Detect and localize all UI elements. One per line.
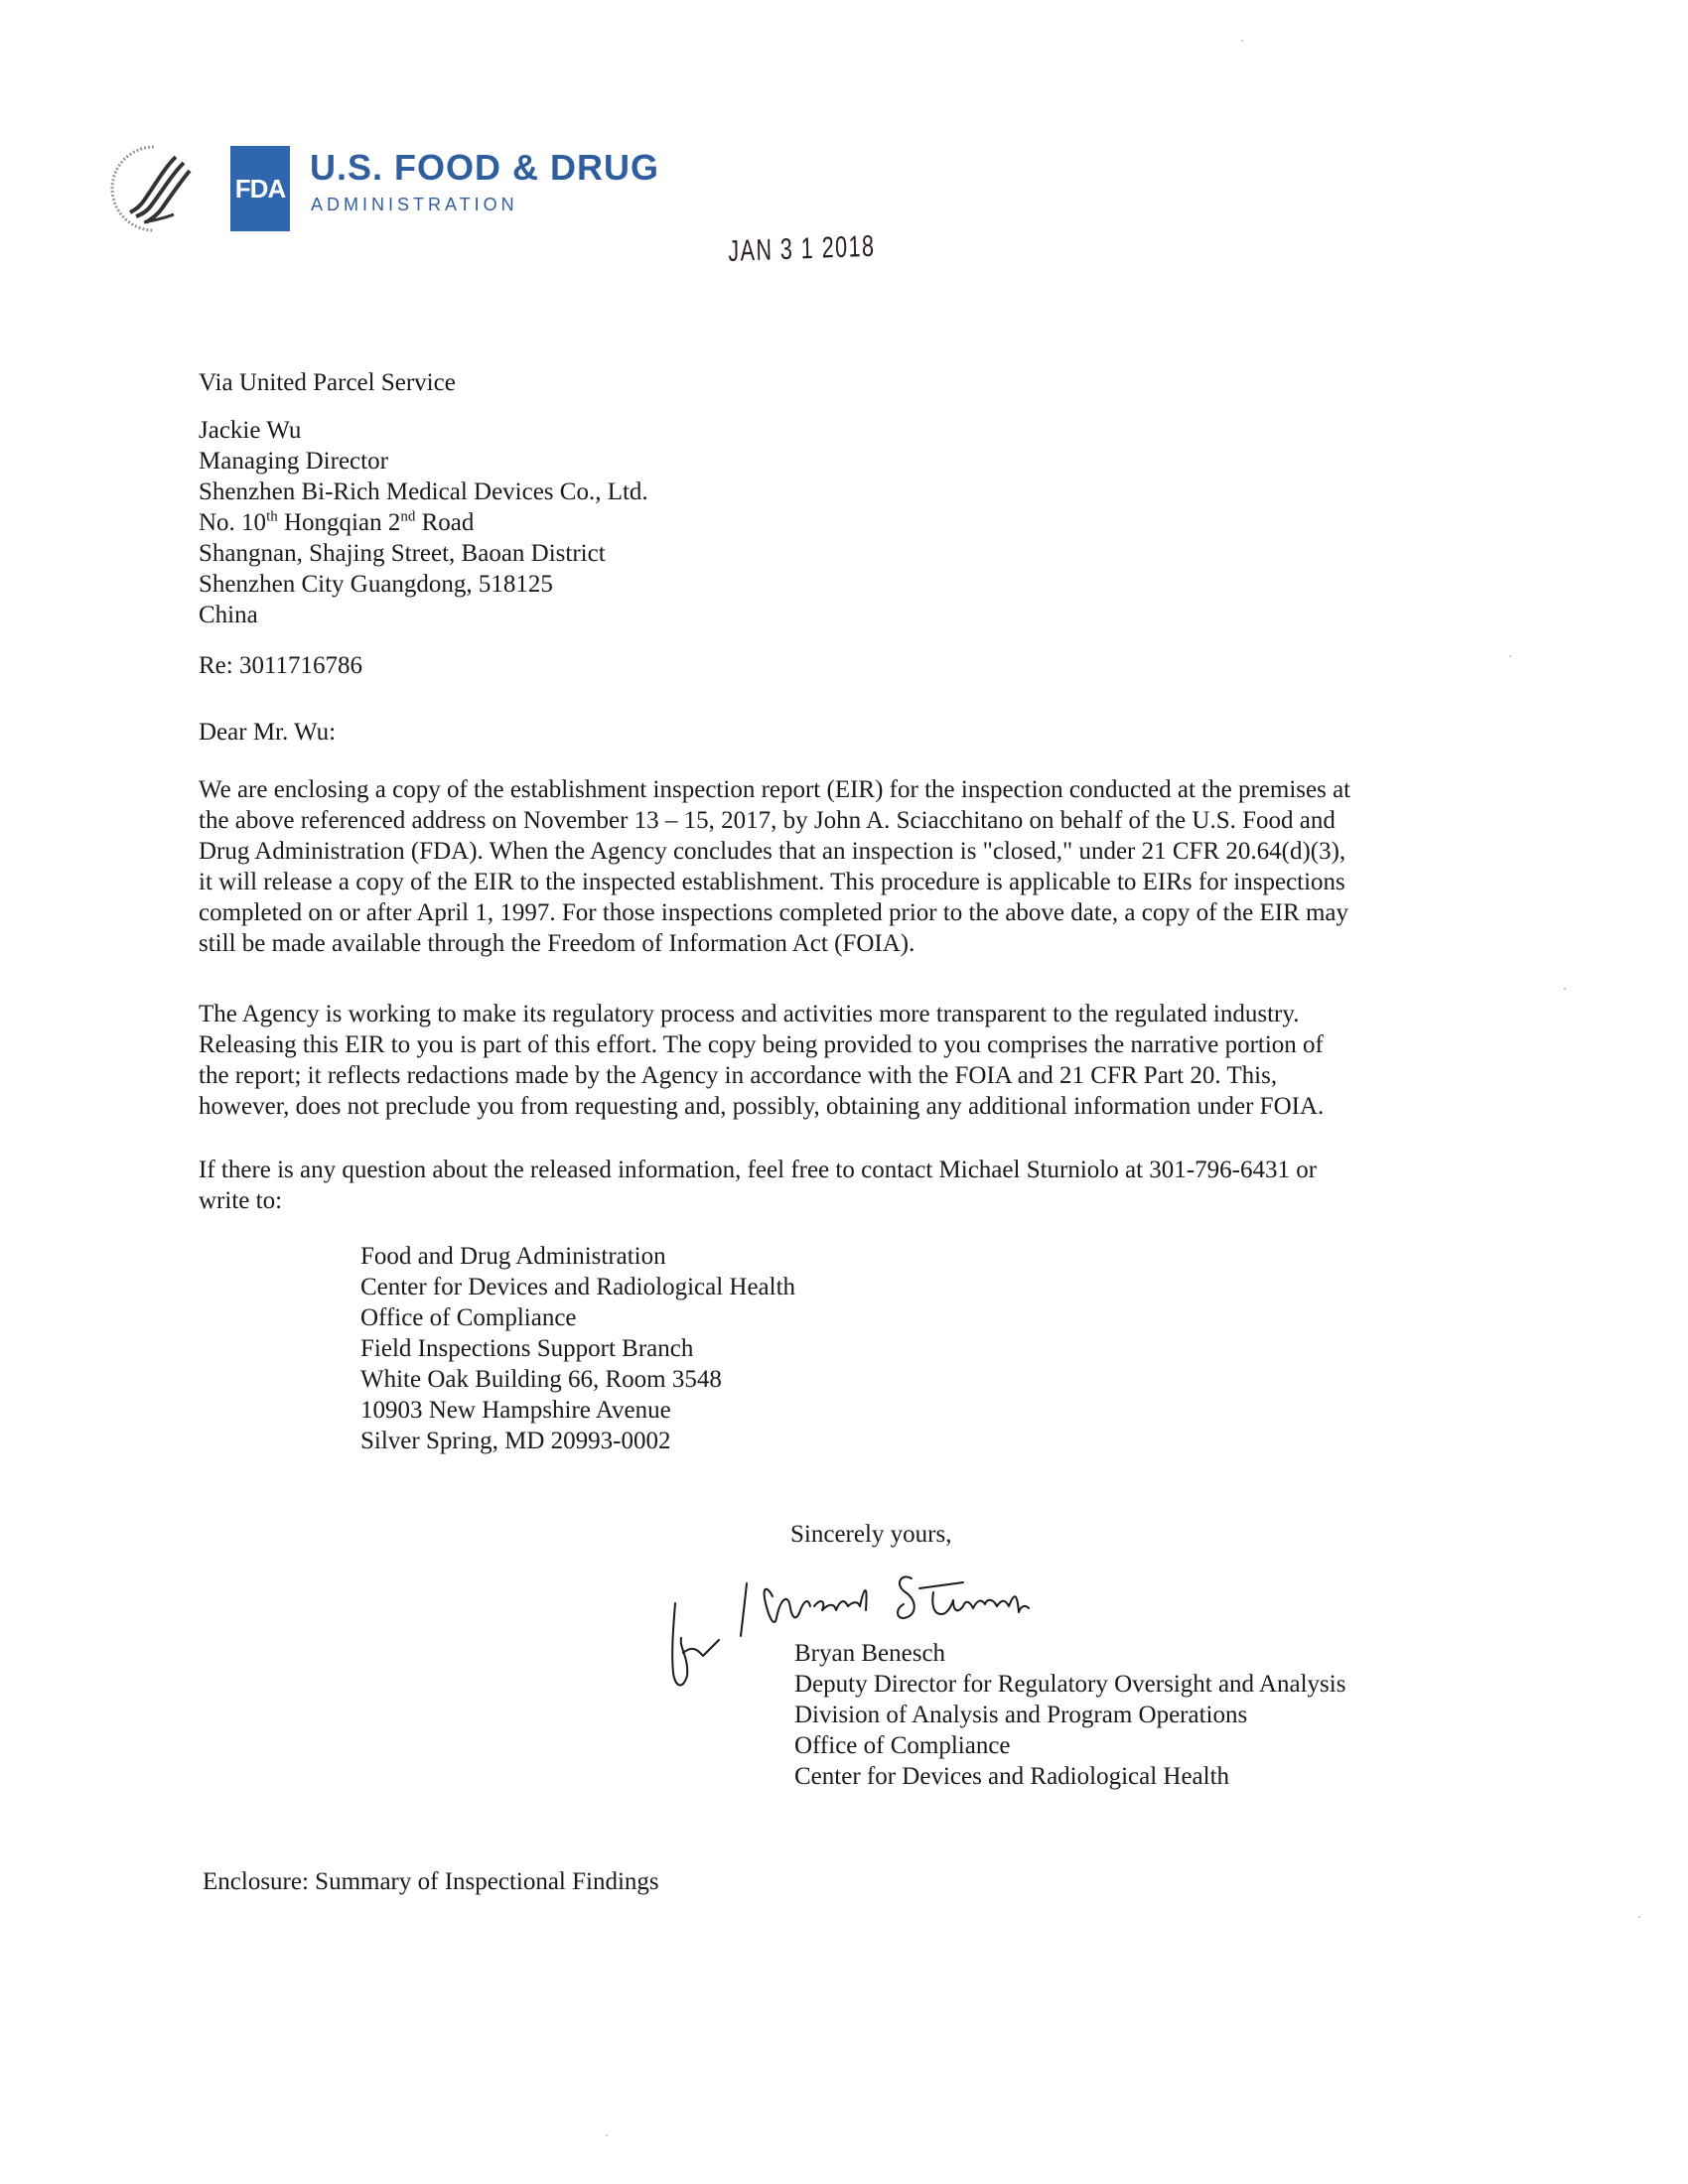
scan-speck: [1241, 40, 1243, 42]
return-address: Food and Drug Administration Center for …: [360, 1241, 795, 1456]
body-paragraph-1: We are enclosing a copy of the establish…: [199, 774, 1479, 959]
signer-office: Office of Compliance: [794, 1730, 1345, 1761]
enclosure-note: Enclosure: Summary of Inspectional Findi…: [203, 1866, 659, 1897]
body-paragraph-2: The Agency is working to make its regula…: [199, 999, 1479, 1122]
signer-center: Center for Devices and Radiological Heal…: [794, 1761, 1345, 1792]
date-stamp: JAN 3 1 2018: [728, 230, 876, 269]
recipient-city: Shenzhen City Guangdong, 518125: [199, 569, 648, 600]
scan-speck: [1564, 988, 1566, 990]
agency-title: U.S. FOOD & DRUG: [310, 147, 659, 189]
signer-division: Division of Analysis and Program Operati…: [794, 1700, 1345, 1730]
recipient-name: Jackie Wu: [199, 415, 648, 446]
recipient-title: Managing Director: [199, 446, 648, 477]
delivery-method: Via United Parcel Service: [199, 367, 456, 398]
recipient-street: No. 10th Hongqian 2nd Road: [199, 507, 648, 538]
recipient-country: China: [199, 600, 648, 630]
recipient-address: Jackie Wu Managing Director Shenzhen Bi-…: [199, 415, 648, 630]
agency-subtitle: ADMINISTRATION: [311, 195, 518, 215]
body-paragraph-3: If there is any question about the relea…: [199, 1155, 1479, 1216]
salutation: Dear Mr. Wu:: [199, 717, 336, 748]
signer-name: Bryan Benesch: [794, 1638, 1345, 1669]
signer-block: Bryan Benesch Deputy Director for Regula…: [794, 1638, 1345, 1792]
fda-badge: FDA: [230, 146, 290, 231]
eagle-icon: [104, 139, 204, 238]
reference-number: Re: 3011716786: [199, 650, 362, 681]
scan-speck: [1509, 655, 1511, 657]
closing: Sincerely yours,: [790, 1519, 951, 1550]
recipient-district: Shangnan, Shajing Street, Baoan District: [199, 538, 648, 569]
recipient-company: Shenzhen Bi-Rich Medical Devices Co., Lt…: [199, 477, 648, 507]
scan-speck: [606, 2134, 608, 2136]
hhs-seal-logo: [104, 139, 204, 238]
signer-title: Deputy Director for Regulatory Oversight…: [794, 1669, 1345, 1700]
scan-speck: [1638, 1916, 1640, 1918]
